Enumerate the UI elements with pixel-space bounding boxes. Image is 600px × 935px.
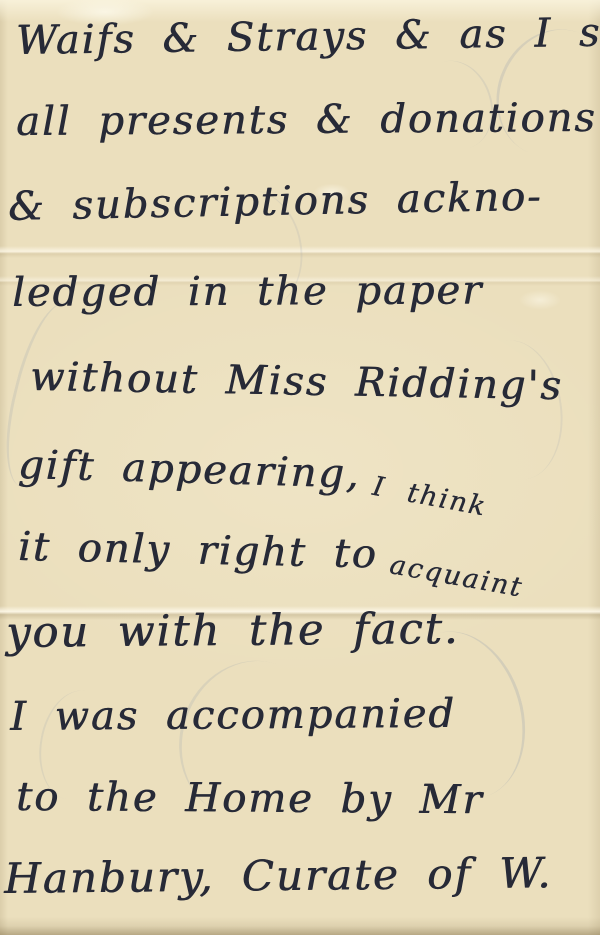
handwriting-line-4: ledged in the paper: [12, 268, 483, 316]
handwriting-line-8: you with the fact.: [6, 604, 460, 658]
handwriting-line-3: & subscriptions ackno-: [8, 174, 543, 230]
fold-crease-upper: [0, 246, 600, 258]
line-text: to the Home by Mr: [16, 774, 484, 823]
handwriting-line-9: I was accompanied: [10, 691, 456, 740]
line-text: you with the fact.: [6, 604, 460, 658]
handwriting-line-6: gift appearing,I think: [17, 442, 491, 501]
line-text: & subscriptions ackno-: [8, 174, 543, 230]
line-text: it only right to: [18, 524, 379, 578]
line-text: gift appearing,: [17, 442, 361, 498]
handwriting-line-1: Waifs & Strays & as I see: [16, 9, 600, 64]
handwriting-line-10: to the Home by Mr: [16, 774, 484, 823]
line-text: Waifs & Strays & as I see: [16, 9, 600, 64]
line-text: ledged in the paper: [12, 268, 483, 316]
line-text-tail: I think: [369, 471, 489, 523]
line-text: without Miss Ridding's: [30, 354, 564, 409]
line-text: Hanbury, Curate of W.: [4, 848, 553, 903]
handwriting-line-5: without Miss Ridding's: [30, 354, 564, 409]
line-text: I was accompanied: [10, 691, 456, 740]
line-text: all presents & donations: [16, 95, 597, 145]
handwriting-line-2: all presents & donations: [16, 95, 597, 145]
handwriting-line-11: Hanbury, Curate of W.: [4, 848, 553, 903]
line-text-tail: acquaint: [387, 549, 525, 603]
handwriting-line-7: it only right toacquaint: [18, 524, 527, 581]
letter-page: Waifs & Strays & as I see all presents &…: [0, 0, 600, 935]
